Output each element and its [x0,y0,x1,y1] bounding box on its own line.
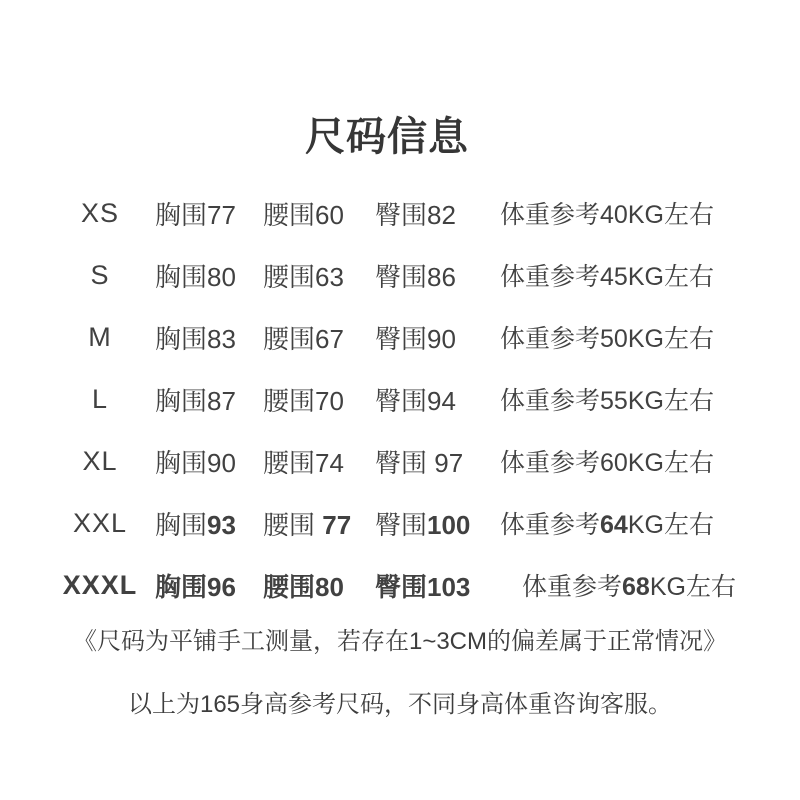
weight-suffix: KG左右 [628,263,714,291]
waist-label: 腰围 [263,200,315,230]
chest-label: 胸围 [155,510,207,540]
size-label: XXXL [45,570,155,601]
chest-cell: 胸围77 [155,195,263,232]
chest-label: 胸围 [155,448,207,478]
waist-value: 74 [315,448,344,478]
waist-value: 70 [315,386,344,416]
chest-cell: 胸围80 [155,257,263,294]
weight-value: 40 [600,201,628,229]
chest-value: 77 [207,200,236,230]
waist-label: 腰围 [263,448,315,478]
weight-prefix: 体重参考 [500,449,600,477]
waist-cell: 腰围67 [263,319,375,356]
size-row-m: M 胸围83 腰围67 臀围90 体重参考50KG左右 [0,306,800,368]
hip-label: 臀围 [375,386,427,416]
hip-value: 82 [427,200,456,230]
chest-value: 90 [207,448,236,478]
waist-cell: 腰围80 [263,567,375,604]
note-height-reference: 以上为165身高参考尺码，不同身高体重咨询客服。 [0,689,800,721]
chest-cell: 胸围96 [155,567,263,604]
weight-suffix: KG左右 [628,201,714,229]
hip-label: 臀围 [375,262,427,292]
waist-value: 63 [315,262,344,292]
weight-prefix: 体重参考 [500,387,600,415]
weight-value: 50 [600,325,628,353]
weight-prefix: 体重参考 [500,263,600,291]
waist-cell: 腰围 77 [263,505,375,542]
size-row-xl: XL 胸围90 腰围74 臀围 97 体重参考60KG左右 [0,430,800,492]
size-label: M [45,322,155,353]
hip-value: 103 [427,572,470,602]
weight-cell: 体重参考60KG左右 [500,443,800,479]
hip-cell: 臀围100 [375,505,500,542]
weight-value: 45 [600,263,628,291]
weight-value: 64 [600,511,628,539]
waist-label: 腰围 [263,510,322,540]
weight-prefix: 体重参考 [500,201,600,229]
size-row-xs: XS 胸围77 腰围60 臀围82 体重参考40KG左右 [0,182,800,244]
hip-value: 97 [434,448,463,478]
weight-suffix: KG左右 [628,511,714,539]
chest-value: 83 [207,324,236,354]
hip-value: 94 [427,386,456,416]
chest-value: 96 [207,572,236,602]
size-label: XL [45,446,155,477]
chest-value: 80 [207,262,236,292]
waist-label: 腰围 [263,572,315,602]
size-label: XXL [45,508,155,539]
waist-value: 77 [322,510,351,540]
weight-suffix: KG左右 [628,387,714,415]
weight-cell: 体重参考55KG左右 [500,381,800,417]
hip-label: 臀围 [375,200,427,230]
waist-cell: 腰围70 [263,381,375,418]
weight-cell: 体重参考64KG左右 [500,505,800,541]
waist-value: 67 [315,324,344,354]
weight-cell: 体重参考45KG左右 [500,257,800,293]
chest-cell: 胸围90 [155,443,263,480]
chest-cell: 胸围83 [155,319,263,356]
weight-cell: 体重参考68KG左右 [500,567,800,603]
waist-cell: 腰围60 [263,195,375,232]
hip-cell: 臀围90 [375,319,500,356]
weight-prefix: 体重参考 [500,325,600,353]
waist-value: 60 [315,200,344,230]
hip-label: 臀围 [375,510,427,540]
weight-prefix: 体重参考 [522,573,622,601]
size-row-xxl: XXL 胸围93 腰围 77 臀围100 体重参考64KG左右 [0,492,800,554]
weight-cell: 体重参考50KG左右 [500,319,800,355]
chest-value: 87 [207,386,236,416]
chest-value: 93 [207,510,236,540]
hip-cell: 臀围94 [375,381,500,418]
weight-value: 55 [600,387,628,415]
hip-label: 臀围 [375,572,427,602]
waist-value: 80 [315,572,344,602]
size-info-page: 尺码信息 XS 胸围77 腰围60 臀围82 体重参考40KG左右 S 胸围80… [0,0,800,800]
hip-cell: 臀围 97 [375,443,500,480]
weight-value: 60 [600,449,628,477]
waist-label: 腰围 [263,324,315,354]
weight-prefix: 体重参考 [500,511,600,539]
waist-cell: 腰围63 [263,257,375,294]
weight-suffix: KG左右 [628,325,714,353]
chest-label: 胸围 [155,262,207,292]
size-table: XS 胸围77 腰围60 臀围82 体重参考40KG左右 S 胸围80 腰围63… [0,182,800,616]
size-row-xxxl: XXXL 胸围96 腰围80 臀围103 体重参考68KG左右 [0,554,800,616]
hip-cell: 臀围103 [375,567,500,604]
waist-label: 腰围 [263,262,315,292]
page-title: 尺码信息 [0,113,774,161]
hip-value: 100 [427,510,470,540]
size-row-l: L 胸围87 腰围70 臀围94 体重参考55KG左右 [0,368,800,430]
chest-label: 胸围 [155,200,207,230]
chest-label: 胸围 [155,386,207,416]
size-label: XS [45,198,155,229]
waist-label: 腰围 [263,386,315,416]
size-label: L [45,384,155,415]
weight-suffix: KG左右 [628,449,714,477]
footnotes: 《尺码为平铺手工测量，若存在1~3CM的偏差属于正常情况》 以上为165身高参考… [0,626,800,721]
size-row-s: S 胸围80 腰围63 臀围86 体重参考45KG左右 [0,244,800,306]
weight-suffix: KG左右 [650,573,736,601]
weight-cell: 体重参考40KG左右 [500,195,800,231]
waist-cell: 腰围74 [263,443,375,480]
hip-value: 90 [427,324,456,354]
chest-cell: 胸围87 [155,381,263,418]
size-label: S [45,260,155,291]
hip-cell: 臀围82 [375,195,500,232]
chest-label: 胸围 [155,324,207,354]
hip-cell: 臀围86 [375,257,500,294]
chest-label: 胸围 [155,572,207,602]
chest-cell: 胸围93 [155,505,263,542]
note-measurement-tolerance: 《尺码为平铺手工测量，若存在1~3CM的偏差属于正常情况》 [0,626,800,658]
hip-label: 臀围 [375,448,434,478]
hip-value: 86 [427,262,456,292]
weight-value: 68 [622,573,650,601]
hip-label: 臀围 [375,324,427,354]
